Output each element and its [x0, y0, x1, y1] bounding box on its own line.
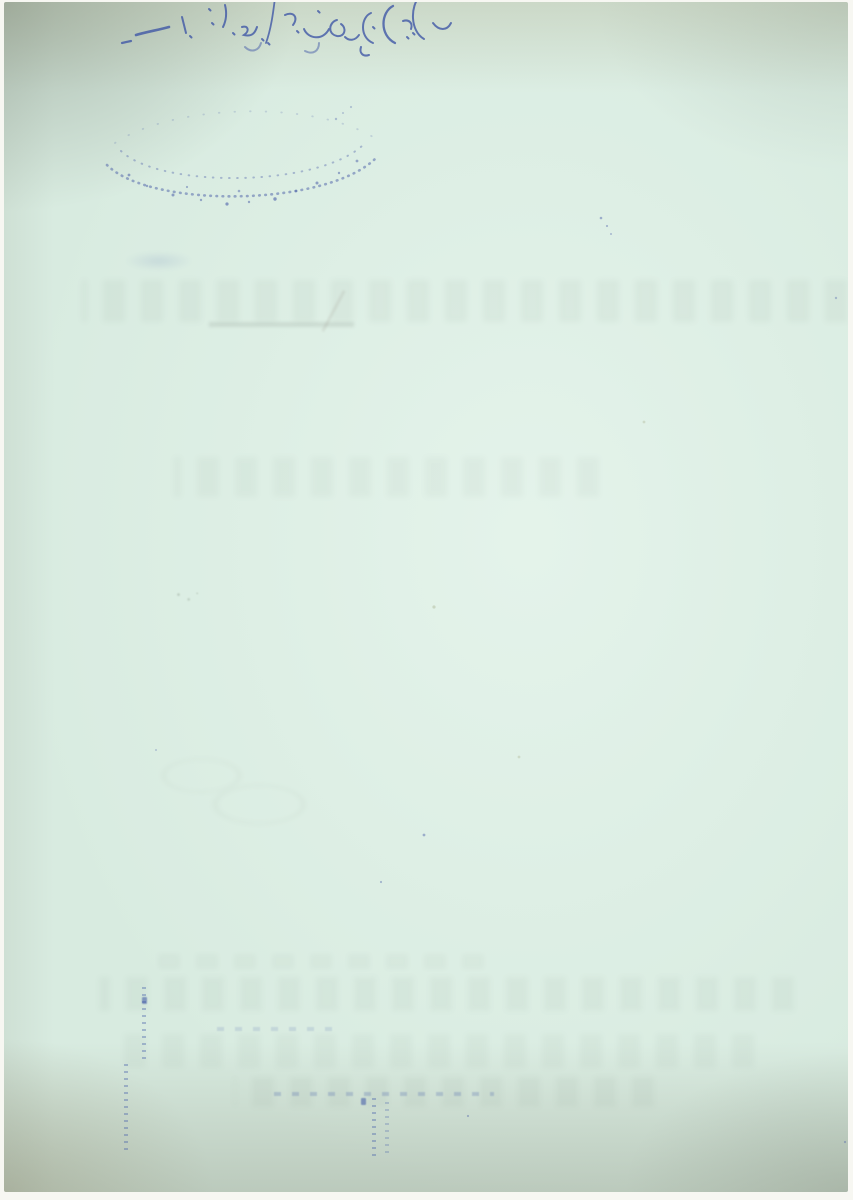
dotted-column	[124, 1064, 128, 1152]
dotted-column	[142, 987, 146, 1062]
dash-row	[274, 1092, 494, 1096]
ghost-bottom-line-1	[154, 954, 484, 969]
dotted-column	[385, 1102, 389, 1158]
handwritten-inscription	[4, 2, 848, 74]
ink-specks	[4, 2, 848, 1192]
ghost-bottom-line-3	[114, 1034, 754, 1068]
faded-oval-stamp-icon	[89, 87, 389, 232]
ghost-note	[122, 250, 214, 272]
ghost-underline	[209, 322, 354, 327]
dash-row	[217, 1027, 337, 1031]
scanner-background	[0, 0, 853, 1200]
ghost-cursive	[152, 754, 317, 826]
scanned-page	[4, 2, 848, 1192]
ghost-bottom-line-2	[99, 977, 794, 1011]
ghost-heading	[174, 457, 599, 497]
dotted-column	[372, 1098, 376, 1160]
ink-mark	[361, 1098, 366, 1105]
ink-mark	[142, 997, 147, 1004]
ghost-bottom-line-4	[234, 1077, 654, 1107]
ghost-slash-mark	[321, 290, 345, 332]
ghost-masthead	[82, 280, 847, 322]
ink-speck-cluster	[170, 585, 204, 609]
